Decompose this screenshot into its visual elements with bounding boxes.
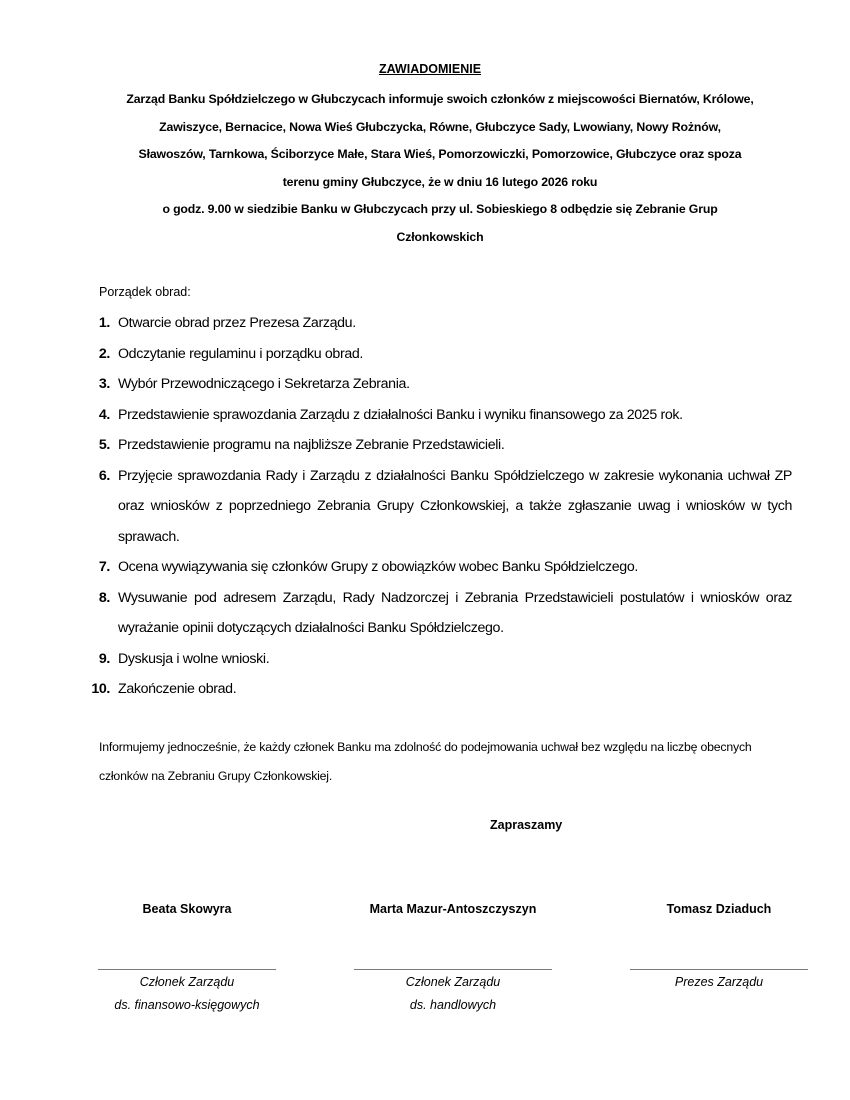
- agenda-item-text: Przedstawienie sprawozdania Zarządu z dz…: [118, 400, 792, 431]
- agenda-item-number: 2.: [80, 339, 110, 370]
- signatory-role-detail: ds. handlowych: [354, 996, 552, 1016]
- agenda-item: 2.Odczytanie regulaminu i porządku obrad…: [80, 339, 792, 370]
- agenda-item: 7.Ocena wywiązywania się członków Grupy …: [80, 552, 792, 583]
- agenda-item-text: Otwarcie obrad przez Prezesa Zarządu.: [118, 308, 792, 339]
- agenda-item: 1.Otwarcie obrad przez Prezesa Zarządu.: [80, 308, 792, 339]
- signature-line: [98, 969, 276, 970]
- agenda-item-number: 10.: [80, 674, 110, 705]
- agenda-label: Porządek obrad:: [99, 285, 191, 299]
- agenda-item-text: Przedstawienie programu na najbliższe Ze…: [118, 430, 792, 461]
- agenda-item-number: 6.: [80, 461, 110, 492]
- agenda-item-number: 9.: [80, 644, 110, 675]
- signatory-name: Beata Skowyra: [98, 902, 276, 922]
- signatory-role: Członek Zarządu: [354, 973, 552, 993]
- agenda-item: 6.Przyjęcie sprawozdania Rady i Zarządu …: [80, 461, 792, 553]
- agenda-item-number: 5.: [80, 430, 110, 461]
- agenda-item-text: Wybór Przewodniczącego i Sekretarza Zebr…: [118, 369, 792, 400]
- signature-block: Beata Skowyra Członek Zarządu ds. finans…: [98, 902, 276, 1015]
- agenda-list: 1.Otwarcie obrad przez Prezesa Zarządu. …: [80, 308, 792, 705]
- agenda-item: 9.Dyskusja i wolne wnioski.: [80, 644, 792, 675]
- agenda-item: 3.Wybór Przewodniczącego i Sekretarza Ze…: [80, 369, 792, 400]
- signatory-role: Prezes Zarządu: [630, 973, 808, 993]
- agenda-item-number: 4.: [80, 400, 110, 431]
- agenda-item: 10.Zakończenie obrad.: [80, 674, 792, 705]
- agenda-item-text: Przyjęcie sprawozdania Rady i Zarządu z …: [118, 461, 792, 553]
- intro-line: Sławoszów, Tarnkowa, Ściborzyce Małe, St…: [90, 141, 790, 169]
- signature-block: Marta Mazur-Antoszczyszyn Członek Zarząd…: [354, 902, 552, 1015]
- intro-line: Członkowskich: [90, 224, 790, 252]
- intro-line: o godz. 9.00 w siedzibie Banku w Głubczy…: [90, 196, 790, 224]
- intro-paragraph: Zarząd Banku Spółdzielczego w Głubczycac…: [90, 86, 790, 251]
- agenda-item: 4.Przedstawienie sprawozdania Zarządu z …: [80, 400, 792, 431]
- signatory-name: Marta Mazur-Antoszczyszyn: [354, 902, 552, 922]
- agenda-item-number: 3.: [80, 369, 110, 400]
- signatory-role-detail: ds. finansowo-księgowych: [98, 996, 276, 1016]
- signatory-name: Tomasz Dziaduch: [630, 902, 808, 922]
- agenda-item: 8.Wysuwanie pod adresem Zarządu, Rady Na…: [80, 583, 792, 644]
- intro-line: Zawiszyce, Bernacice, Nowa Wieś Głubczyc…: [90, 114, 790, 142]
- signature-line: [354, 969, 552, 970]
- document-title: ZAWIADOMIENIE: [0, 62, 850, 76]
- intro-line: terenu gminy Głubczyce, że w dniu 16 lut…: [90, 169, 790, 197]
- intro-line: Zarząd Banku Spółdzielczego w Głubczycac…: [90, 86, 790, 114]
- agenda-item-text: Odczytanie regulaminu i porządku obrad.: [118, 339, 792, 370]
- agenda-item-number: 7.: [80, 552, 110, 583]
- agenda-item-number: 8.: [80, 583, 110, 614]
- closing-text: Zapraszamy: [490, 818, 562, 832]
- agenda-item-text: Dyskusja i wolne wnioski.: [118, 644, 792, 675]
- signature-block: Tomasz Dziaduch Prezes Zarządu: [630, 902, 808, 996]
- quorum-note: Informujemy jednocześnie, że każdy człon…: [99, 733, 799, 790]
- agenda-item: 5.Przedstawienie programu na najbliższe …: [80, 430, 792, 461]
- signatory-role: Członek Zarządu: [98, 973, 276, 993]
- signature-line: [630, 969, 808, 970]
- agenda-item-text: Wysuwanie pod adresem Zarządu, Rady Nadz…: [118, 583, 792, 644]
- document-page: ZAWIADOMIENIE Zarząd Banku Spółdzielczeg…: [0, 0, 850, 1100]
- agenda-item-text: Ocena wywiązywania się członków Grupy z …: [118, 552, 792, 583]
- agenda-item-number: 1.: [80, 308, 110, 339]
- agenda-item-text: Zakończenie obrad.: [118, 674, 792, 705]
